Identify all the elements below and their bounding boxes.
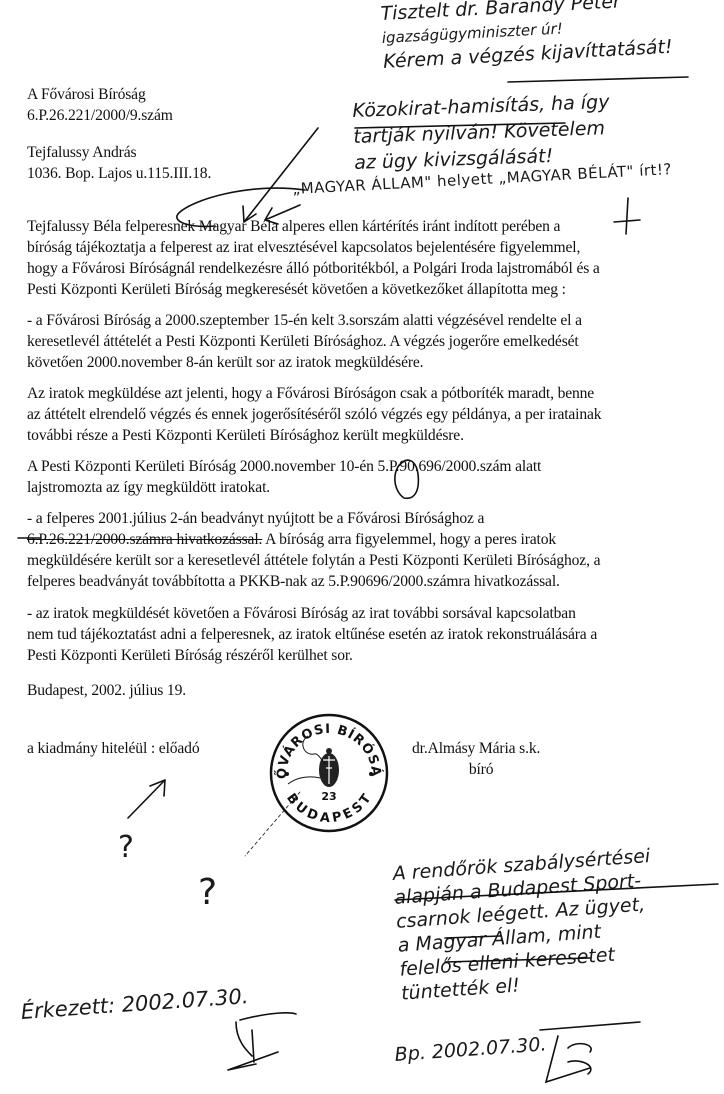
note-top-right: Tisztelt dr. Barandy Péter igazságügymin… [380, 0, 673, 74]
paragraph-conclusion: - az iratok megküldését követően a Fővár… [27, 603, 597, 666]
struck-case-reference: 6.P.26.221/2000.számra hivatkozással. [27, 531, 262, 548]
place-date: Budapest, 2002. július 19. [27, 680, 186, 701]
text-line: Tejfalussy Béla felperesnek Magyar Béla … [27, 216, 600, 237]
recipient-name: Tejfalussy András [27, 142, 211, 163]
text-line: - a Fővárosi Bíróság a 2000.szeptember 1… [27, 310, 582, 331]
text-line: Pesti Központi Kerületi Bíróság megkeres… [27, 279, 600, 300]
text-fragment: A bíróság arra figyelemmel, hogy a peres… [262, 531, 556, 548]
text-line: A Pesti Központi Kerületi Bíróság 2000.n… [27, 456, 541, 477]
judge-title: bíró [412, 759, 540, 780]
signature-icon [228, 1013, 296, 1070]
arrow-icon [244, 128, 318, 222]
text-line: Az iratok megküldése azt jelenti, hogy a… [27, 383, 601, 404]
judge-name: dr.Almásy Mária s.k. [412, 738, 540, 759]
text-line: Pesti Központi Kerületi Bíróság részéről… [27, 645, 597, 666]
court-name: A Fővárosi Bíróság [27, 84, 173, 105]
text-line: megküldésére került sor a keresetlevél á… [27, 550, 600, 571]
note-bottom-right: A rendőrök szabálysértései alapján a Bud… [392, 844, 659, 1006]
text-line: további része a Pesti Központi Kerületi … [27, 425, 601, 446]
case-number: 6.P.26.221/2000/9.szám [27, 105, 173, 126]
text-line: - az iratok megküldését követően a Fővár… [27, 603, 597, 624]
note-middle-right: Közokirat-hamisítás, ha így tartják nyil… [352, 89, 612, 176]
text-line: nem tud tájékoztatást adni a felperesnek… [27, 624, 597, 645]
paragraph-registration: A Pesti Központi Kerületi Bíróság 2000.n… [27, 456, 541, 498]
text-line: hogy a Fővárosi Bíróságnál rendelkezésre… [27, 258, 600, 279]
stamp-number: 23 [321, 790, 336, 803]
text-line: bíróság tájékoztatja a felperest az irat… [27, 237, 600, 258]
text-line: az áttételt elrendelő végzés és ennek jo… [27, 404, 601, 425]
judge-block: dr.Almásy Mária s.k. bíró [412, 738, 540, 780]
recipient-address: 1036. Bop. Lajos u.115.III.18. [27, 163, 211, 184]
stamp-seal-icon: FŐVÁROSI BÍRÓSÁG BUDAPEST 23 [268, 712, 390, 834]
arrow-icon [128, 780, 165, 818]
text-line: 6.P.26.221/2000.számra hivatkozással. A … [27, 529, 600, 550]
note-received-date: Érkezett: 2002.07.30. [20, 984, 249, 1024]
text-line: keresetlevél áttételét a Pesti Központi … [27, 331, 582, 352]
court-stamp: FŐVÁROSI BÍRÓSÁG BUDAPEST 23 [268, 712, 390, 834]
underline-stroke [540, 1022, 640, 1030]
court-header: A Fővárosi Bíróság 6.P.26.221/2000/9.szá… [27, 84, 173, 126]
text-line: követően 2000.november 8-án került sor a… [27, 352, 582, 373]
signature-icon [546, 1036, 591, 1082]
paragraph-submission: - a felperes 2001.július 2-án beadványt … [27, 508, 600, 592]
underline-stroke [508, 77, 688, 82]
text-line: felperes beadványát továbbította a PKKB-… [27, 571, 600, 592]
paragraph-sending: Az iratok megküldése azt jelenti, hogy a… [27, 383, 601, 446]
text-line: - a felperes 2001.július 2-án beadványt … [27, 508, 600, 529]
recipient-block: Tejfalussy András 1036. Bop. Lajos u.115… [27, 142, 211, 184]
cross-mark-icon [614, 198, 640, 234]
paragraph-transfer: - a Fővárosi Bíróság a 2000.szeptember 1… [27, 310, 582, 373]
note-bottom-right-date: Bp. 2002.07.30. [394, 1033, 547, 1066]
question-mark-1: ? [118, 830, 134, 865]
question-mark-2: ? [198, 872, 217, 913]
text-line: lajstromozta az így megküldött iratokat. [27, 477, 541, 498]
intro-paragraph: Tejfalussy Béla felperesnek Magyar Béla … [27, 216, 600, 300]
attest-label: a kiadmány hiteléül : előadó [27, 738, 199, 759]
